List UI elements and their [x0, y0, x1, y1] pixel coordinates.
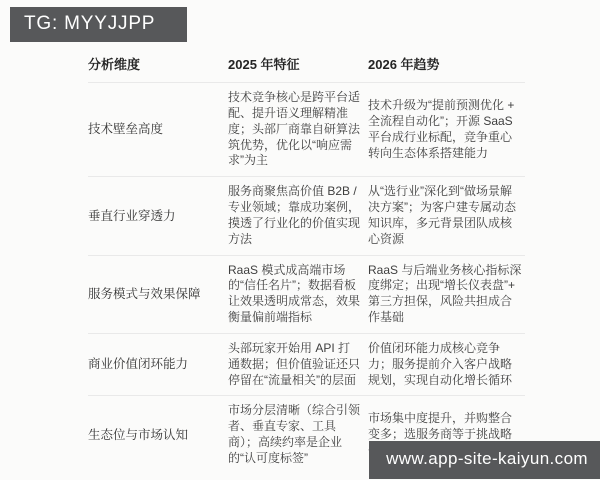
row-dimension-label: 服务模式与效果保障 [88, 286, 228, 303]
screenshot-canvas: TG: MYYJJPP 分析维度 2025 年特征 2026 年趋势 技术壁垒高… [0, 0, 600, 480]
row-2025-cell: 头部玩家开始用 API 打通数据；但价值验证还只停留在“流量相关”的层面 [228, 341, 368, 388]
column-header-2026: 2026 年趋势 [368, 56, 525, 73]
row-dimension-label: 生态位与市场认知 [88, 427, 228, 444]
column-header-dimension: 分析维度 [88, 56, 228, 73]
row-2025-cell: RaaS 模式成高端市场的“信任名片”；数据看板让效果透明成常态，效果衡量偏前端… [228, 263, 368, 326]
row-2026-cell: RaaS 与后端业务核心指标深度绑定；出现“增长仪表盘”+ 第三方担保，风险共担… [368, 263, 525, 326]
table-row: 服务模式与效果保障 RaaS 模式成高端市场的“信任名片”；数据看板让效果透明成… [88, 256, 525, 334]
row-2026-cell: 价值闭环能力成核心竞争力；服务提前介入客户战略规划，实现自动化增长循环 [368, 341, 525, 388]
table-row: 商业价值闭环能力 头部玩家开始用 API 打通数据；但价值验证还只停留在“流量相… [88, 334, 525, 396]
comparison-table: 分析维度 2025 年特征 2026 年趋势 技术壁垒高度 技术竞争核心是跨平台… [88, 45, 525, 474]
column-header-2025: 2025 年特征 [228, 56, 368, 73]
table-row: 垂直行业穿透力 服务商聚焦高价值 B2B / 专业领域；靠成功案例，摸透了行业化… [88, 177, 525, 255]
row-dimension-label: 商业价值闭环能力 [88, 356, 228, 373]
table-body: 技术壁垒高度 技术竞争核心是跨平台适配、提升语义理解精准度；头部厂商靠自研算法筑… [88, 83, 525, 474]
telegram-watermark-badge: TG: MYYJJPP [10, 7, 187, 42]
row-2025-cell: 市场分层清晰（综合引领者、垂直专家、工具商）；高续约率是企业的“认可度标签” [228, 403, 368, 466]
row-dimension-label: 垂直行业穿透力 [88, 208, 228, 225]
row-2025-cell: 服务商聚焦高价值 B2B / 专业领域；靠成功案例，摸透了行业化的价值实现方法 [228, 184, 368, 247]
row-2025-cell: 技术竞争核心是跨平台适配、提升语义理解精准度；头部厂商靠自研算法筑优势，优化以“… [228, 90, 368, 169]
row-2026-cell: 从“选行业”深化到“做场景解决方案”；为客户建专属动态知识库，多元背景团队成核心… [368, 184, 525, 247]
website-watermark-badge: www.app-site-kaiyun.com [369, 441, 600, 479]
table-row: 技术壁垒高度 技术竞争核心是跨平台适配、提升语义理解精准度；头部厂商靠自研算法筑… [88, 83, 525, 177]
table-header-row: 分析维度 2025 年特征 2026 年趋势 [88, 45, 525, 83]
row-dimension-label: 技术壁垒高度 [88, 121, 228, 138]
row-2026-cell: 技术升级为“提前预测优化 + 全流程自动化”；开源 SaaS 平台成行业标配，竞… [368, 98, 525, 161]
